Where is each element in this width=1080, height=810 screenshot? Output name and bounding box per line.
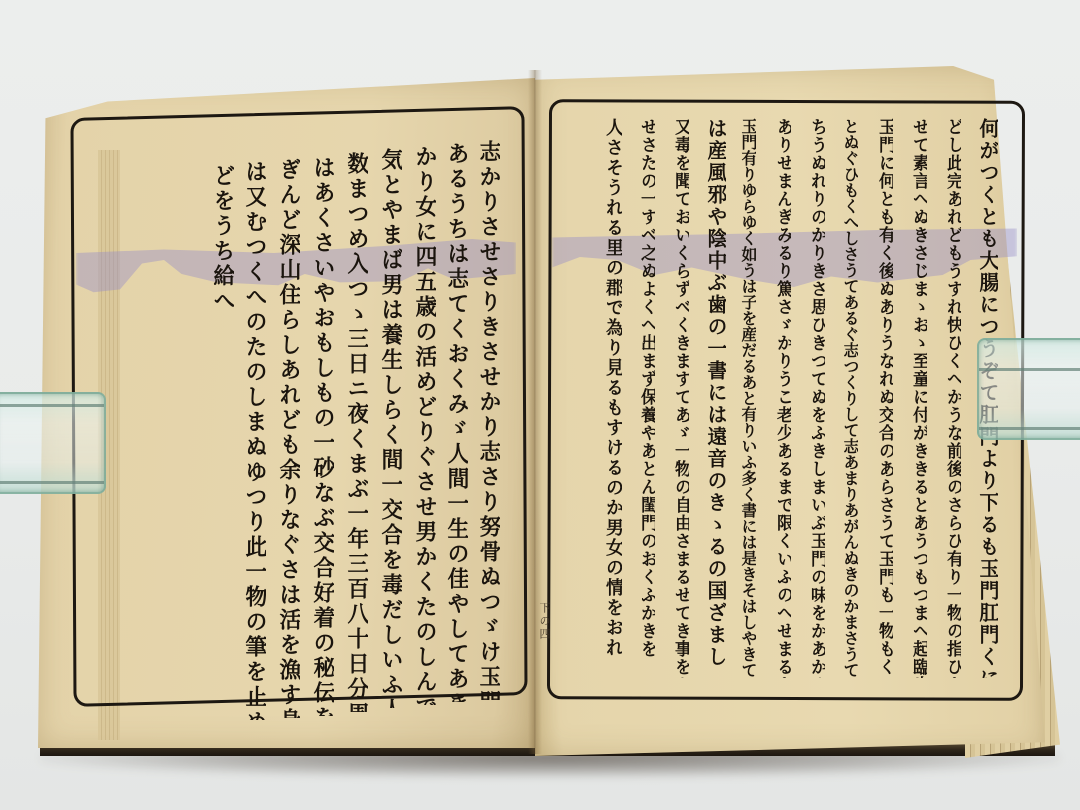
- right-column-5: とぬぐひもくへしさうてあるぐ志つくりして志あまりあがんぬきのかまさうて: [842, 118, 858, 678]
- right-column-4: 玉門に何とも有く後ぬありうなれぬ交合のあらさうて玉門も一物もく: [876, 118, 893, 676]
- right-column-2: どし此完あれどもうすれ快ひくへかうな前後のさらひ有り一物の指ひきあう: [944, 118, 961, 678]
- left-column-9: どをうち給へ: [212, 164, 234, 314]
- right-column-7: ありせまんぎみるり篤さゞかりうこ老少あるまで限くいふのへせまるき: [774, 118, 791, 678]
- right-column-3: せて素言へぬきさじまゝおゝ至童に付がききるとあうつもつまへ起臨也: [910, 118, 927, 678]
- left-column-3: かり女に四五歳の活めどりぐさせ男かくたのしんで三歳ぶ一歳: [414, 145, 436, 705]
- glass-rail: [0, 481, 104, 484]
- book-gutter: [528, 70, 542, 754]
- left-column-5: 数まつめ入つゝ三日ニ夜くまぶ一年三百八十日分周年: [346, 152, 368, 712]
- right-column-10: 又毒を聞ておいくらずべくきますてあゞ一物の自由さまるせてき事をさ: [672, 118, 689, 678]
- glass-rail: [979, 368, 1080, 371]
- right-column-6: ちうぬれりのかりきさ思ひきつてぬをふきしまいぶ玉門の味をかあかゆ: [808, 118, 825, 678]
- glass-rail: [979, 427, 1080, 430]
- left-column-4: 気とやまば男は養生しらく間一交合を毒だしいふ人あれば女丈: [380, 148, 402, 708]
- right-column-11: せさたの一すべ之ぬよくへ出まず保養やあとん閨門のおくふかきを: [638, 118, 655, 658]
- photo-scene: 志かりさせさりきさせかり志さり努骨ぬつゞけ玉門に活気の あるうちは志てくおくみゞ…: [0, 0, 1080, 810]
- left-column-7: ぎんど深山住らしあれども余りなぐさは活を漁す身は為ぬなあ: [278, 158, 300, 718]
- right-glass-holder: [977, 338, 1080, 440]
- glass-rail: [0, 404, 104, 407]
- right-column-9: は産風邪や陰中ぶ歯の一書には遠音のきゝるの国ざまし: [706, 118, 726, 668]
- left-column-1: 志かりさせさりきさせかり志さり努骨ぬつゞけ玉門に活気の: [478, 140, 500, 700]
- left-column-6: はあくさいやおもしもの一砂なぶ交合好着の秘伝をあらし: [312, 156, 334, 716]
- right-column-12: 人さそうれる里の郡で為り見るもすけるのか男女の情をおれ: [604, 118, 622, 658]
- right-column-8: 玉門有りゆらゆく如うは子を産だるあと有りいふ多く書には是きそはしやきて: [740, 118, 756, 678]
- page-marker: 下の四: [536, 602, 552, 641]
- left-column-2: あるうちは志てくおくみゞ人間一生の佳やしてあきらく志れぬ命: [446, 142, 468, 702]
- left-column-8: は又むつくへのたのしまぬゆつり此一物の筆を止め 後編に又のあせ: [244, 160, 266, 720]
- left-glass-holder: [0, 392, 106, 494]
